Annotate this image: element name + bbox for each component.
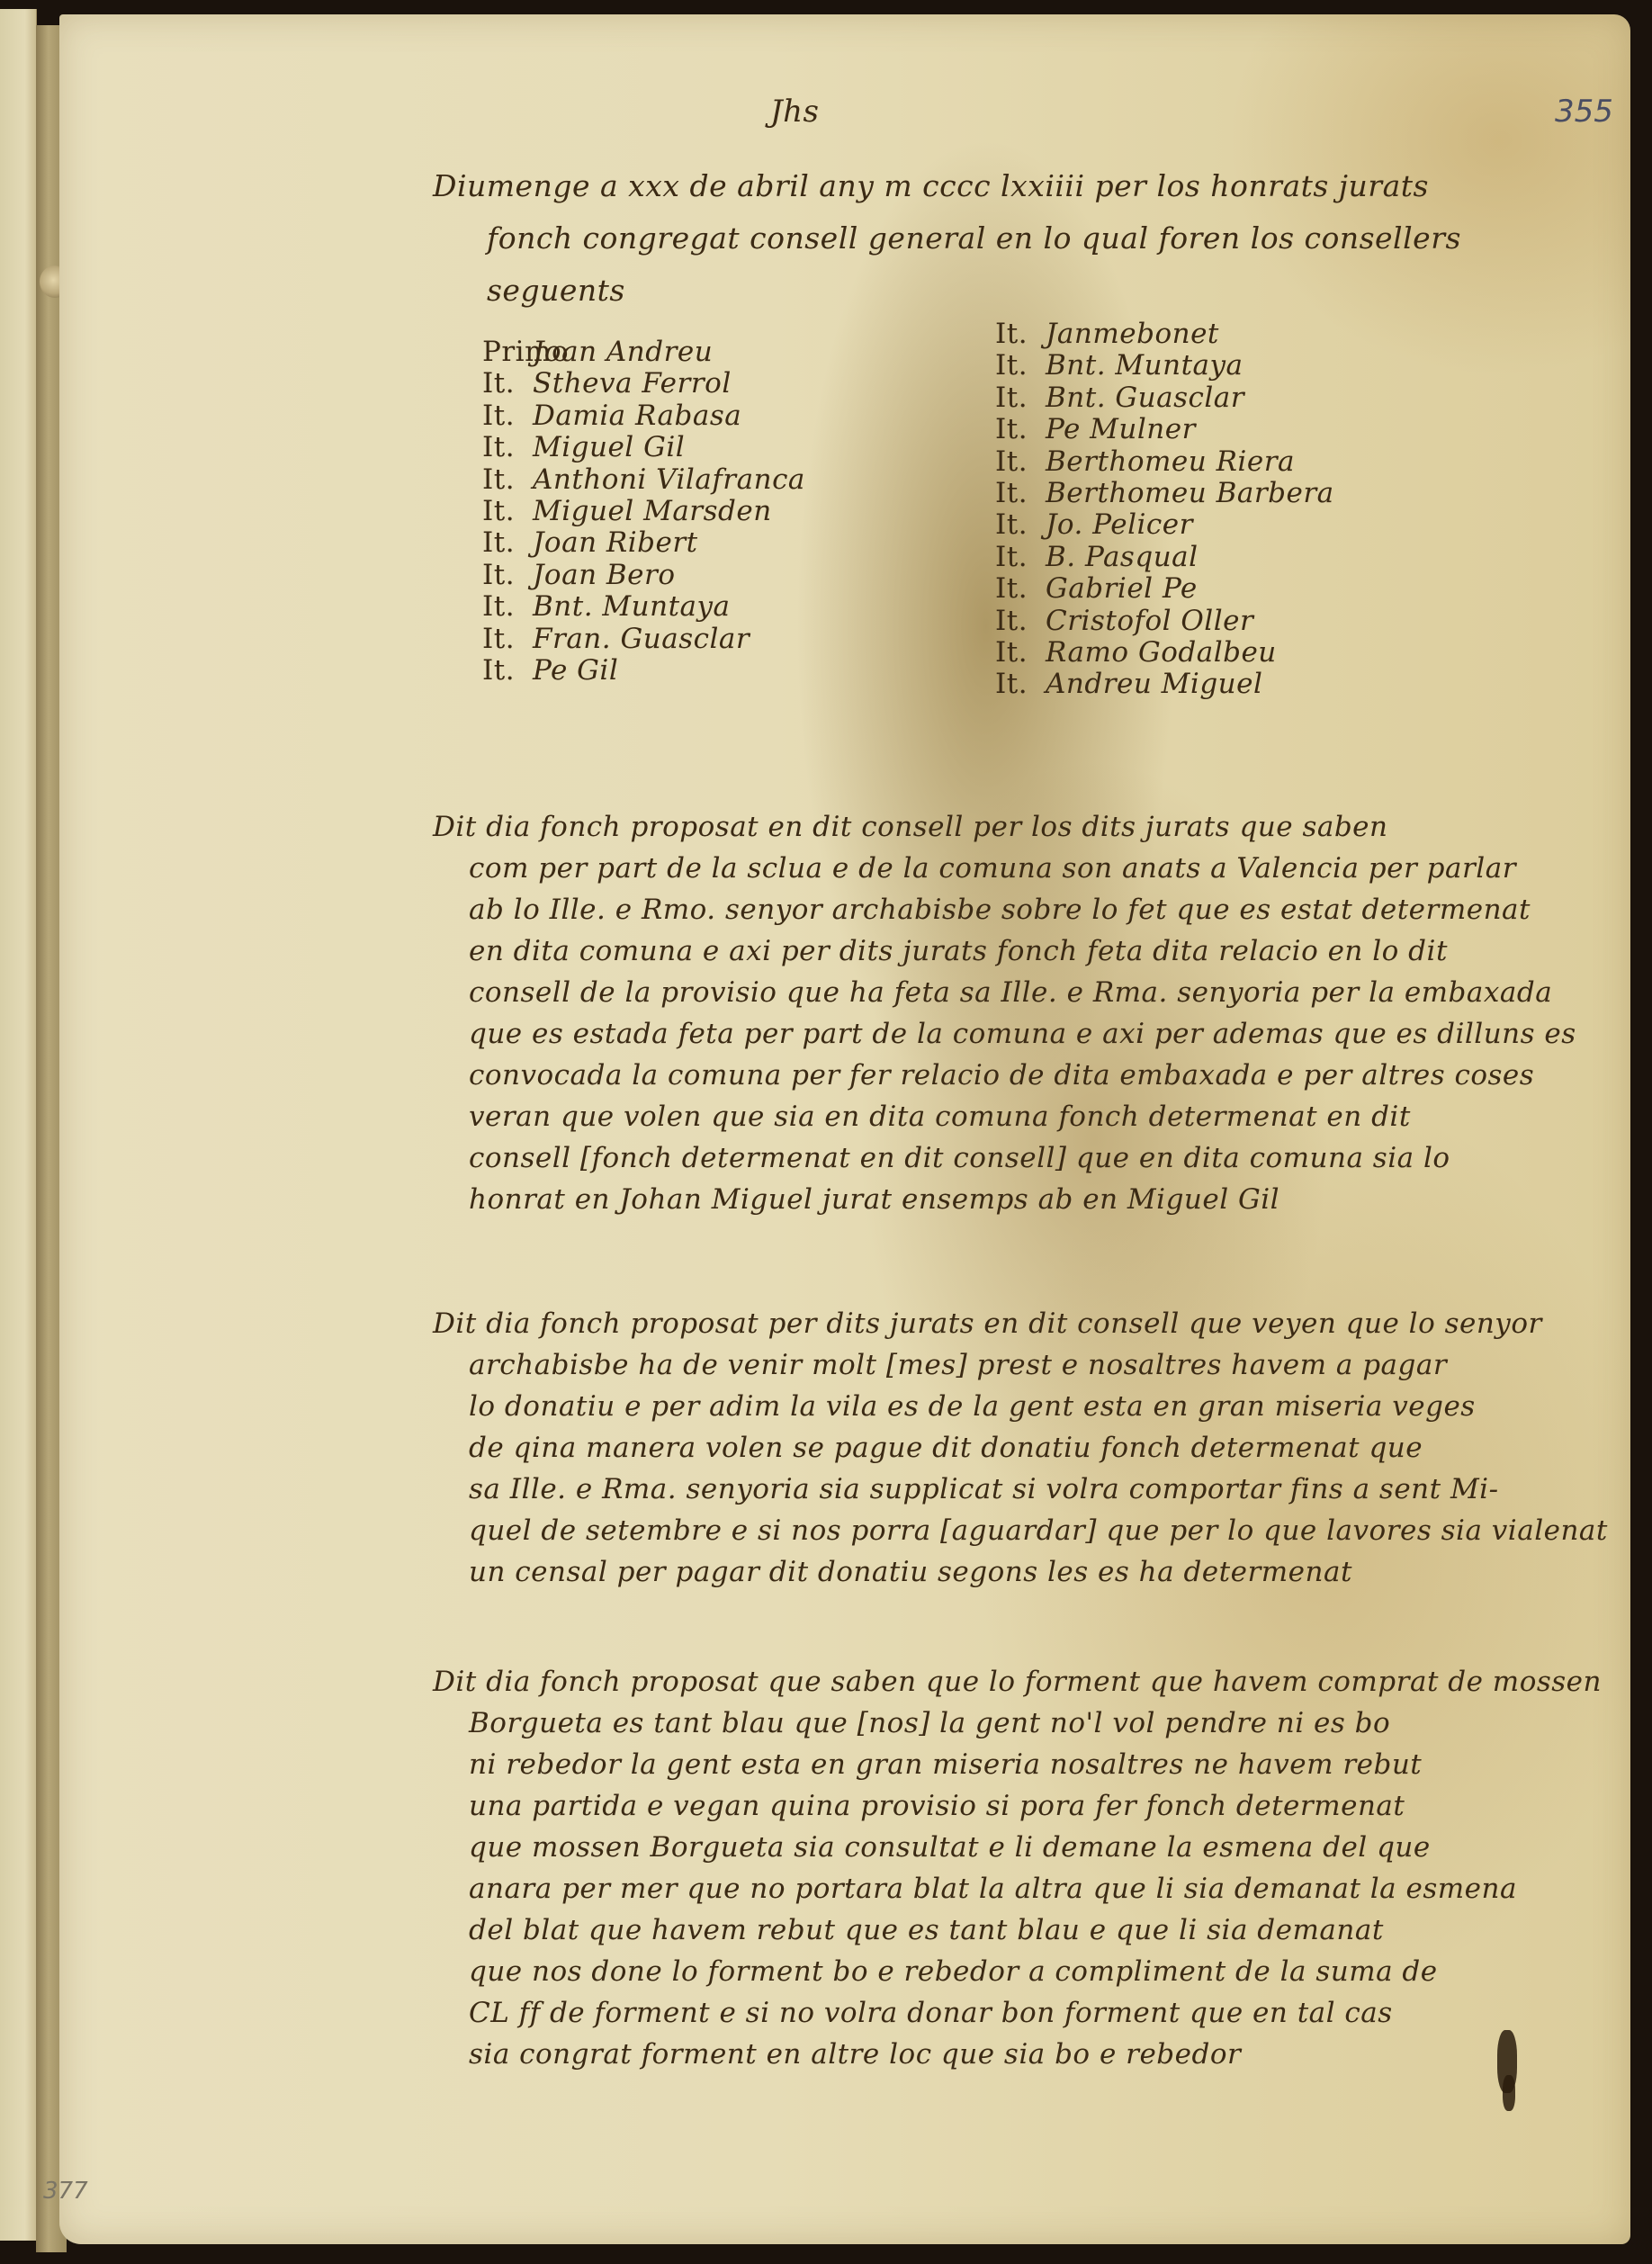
- item-mark: It.: [995, 509, 1046, 541]
- text-line: ni rebedor la gent esta en gran miseria …: [433, 1744, 1495, 1785]
- member-entry: It.Cristofol Oller: [995, 606, 1334, 637]
- member-entry: It.Stheva Ferrol: [482, 368, 805, 400]
- text-line: sia congrat forment en altre loc que sia…: [433, 2034, 1495, 2075]
- text-line: un censal per pagar dit donatiu segons l…: [433, 1551, 1495, 1593]
- manuscript-leaf: Jhs 355 Diumenge a xxx de abril any m cc…: [59, 14, 1630, 2244]
- text-line: archabisbe ha de venir molt [mes] prest …: [433, 1344, 1495, 1386]
- member-entry: It.Pe Gil: [482, 655, 805, 687]
- member-entry: It.B. Pasqual: [995, 542, 1334, 573]
- member-entry: It.Berthomeu Riera: [995, 446, 1334, 478]
- folio-number-adjacent: 377: [43, 2178, 88, 2205]
- member-entry: It.Gabriel Pe: [995, 573, 1334, 605]
- heading-line: fonch congregat consell general en lo qu…: [433, 212, 1387, 265]
- text-line: que nos done lo forment bo e rebedor a c…: [433, 1951, 1495, 1992]
- item-mark: It.: [482, 527, 533, 559]
- item-mark: It.: [995, 414, 1046, 445]
- member-entry: It.Berthomeu Barbera: [995, 478, 1334, 509]
- text-line: consell de la provisio que ha feta sa Il…: [433, 972, 1495, 1013]
- member-entry: It.Fran. Guasclar: [482, 624, 805, 655]
- member-entry: It.Janmebonet: [995, 319, 1334, 350]
- text-line: Dit dia fonch proposat en dit consell pe…: [433, 806, 1495, 848]
- text-line: com per part de la sclua e de la comuna …: [433, 848, 1495, 889]
- text-line: Borgueta es tant blau que [nos] la gent …: [433, 1702, 1495, 1744]
- text-line: convocada la comuna per fer relacio de d…: [433, 1055, 1495, 1096]
- member-entry: It.Bnt. Guasclar: [995, 382, 1334, 414]
- member-entry: It.Anthoni Vilafranca: [482, 464, 805, 496]
- text-line: lo donatiu e per adim la vila es de la g…: [433, 1386, 1495, 1427]
- text-line: Dit dia fonch proposat que saben que lo …: [433, 1661, 1495, 1702]
- resolution-paragraph-2: Dit dia fonch proposat per dits jurats e…: [433, 1303, 1495, 1593]
- member-entry: It.Andreu Miguel: [995, 669, 1334, 700]
- text-line: Dit dia fonch proposat per dits jurats e…: [433, 1303, 1495, 1344]
- item-mark: It.: [995, 478, 1046, 509]
- member-entry: It.Damia Rabasa: [482, 400, 805, 432]
- item-mark: It.: [995, 637, 1046, 669]
- text-line: quel de setembre e si nos porra [aguarda…: [433, 1510, 1495, 1551]
- member-entry: It.Bnt. Muntaya: [482, 591, 805, 623]
- item-mark: It.: [995, 446, 1046, 478]
- member-entry: It.Joan Bero: [482, 560, 805, 591]
- folio-number: 355: [1555, 94, 1613, 130]
- text-line: ab lo Ille. e Rmo. senyor archabisbe sob…: [433, 889, 1495, 930]
- item-mark: It.: [995, 573, 1046, 605]
- member-entry: It.Joan Ribert: [482, 527, 805, 559]
- text-line: que es estada feta per part de la comuna…: [433, 1013, 1495, 1055]
- member-entry: It.Bnt. Muntaya: [995, 350, 1334, 382]
- text-line: en dita comuna e axi per dits jurats fon…: [433, 930, 1495, 972]
- heading-line: seguents: [433, 265, 1387, 317]
- member-entry: It.Miguel Marsden: [482, 496, 805, 527]
- item-mark: It.: [995, 350, 1046, 382]
- member-entry: PrimoJoan Andreu: [482, 337, 805, 368]
- item-mark: It.: [482, 624, 533, 655]
- council-members-right-column: It.Janmebonet It.Bnt. Muntaya It.Bnt. Gu…: [995, 319, 1334, 701]
- text-line: veran que volen que sia en dita comuna f…: [433, 1096, 1495, 1137]
- entry-heading: Diumenge a xxx de abril any m cccc lxxii…: [433, 160, 1387, 317]
- text-line: sa Ille. e Rma. senyoria sia supplicat s…: [433, 1469, 1495, 1510]
- item-mark: It.: [482, 432, 533, 463]
- text-line: CL ff de forment e si no volra donar bon…: [433, 1992, 1495, 2034]
- item-mark: It.: [482, 464, 533, 496]
- adjacent-page-edge: [0, 9, 37, 2241]
- resolution-paragraph-1: Dit dia fonch proposat en dit consell pe…: [433, 806, 1495, 1220]
- item-mark: It.: [482, 591, 533, 623]
- text-line: del blat que havem rebut que es tant bla…: [433, 1909, 1495, 1951]
- item-mark: It.: [995, 542, 1046, 573]
- member-entry: It.Pe Mulner: [995, 414, 1334, 445]
- ink-blot: [1503, 2075, 1515, 2111]
- item-mark: It.: [482, 400, 533, 432]
- heading-line: Diumenge a xxx de abril any m cccc lxxii…: [433, 160, 1387, 212]
- item-mark: It.: [995, 319, 1046, 350]
- item-mark: It.: [482, 560, 533, 591]
- member-entry: It.Ramo Godalbeu: [995, 637, 1334, 669]
- item-mark: Primo: [482, 337, 533, 368]
- item-mark: It.: [995, 382, 1046, 414]
- item-mark: It.: [995, 669, 1046, 700]
- text-line: honrat en Johan Miguel jurat ensemps ab …: [433, 1179, 1495, 1220]
- council-members-left-column: PrimoJoan Andreu It.Stheva Ferrol It.Dam…: [482, 337, 805, 687]
- member-entry: It.Miguel Gil: [482, 432, 805, 463]
- text-line: que mossen Borgueta sia consultat e li d…: [433, 1827, 1495, 1868]
- text-line: de qina manera volen se pague dit donati…: [433, 1427, 1495, 1469]
- item-mark: It.: [995, 606, 1046, 637]
- item-mark: It.: [482, 655, 533, 687]
- text-line: una partida e vegan quina provisio si po…: [433, 1785, 1495, 1827]
- text-line: consell [fonch determenat en dit consell…: [433, 1137, 1495, 1179]
- member-entry: It.Jo. Pelicer: [995, 509, 1334, 541]
- resolution-paragraph-3: Dit dia fonch proposat que saben que lo …: [433, 1661, 1495, 2075]
- text-line: anara per mer que no portara blat la alt…: [433, 1868, 1495, 1909]
- item-mark: It.: [482, 496, 533, 527]
- invocation-monogram: Jhs: [770, 94, 819, 130]
- item-mark: It.: [482, 368, 533, 400]
